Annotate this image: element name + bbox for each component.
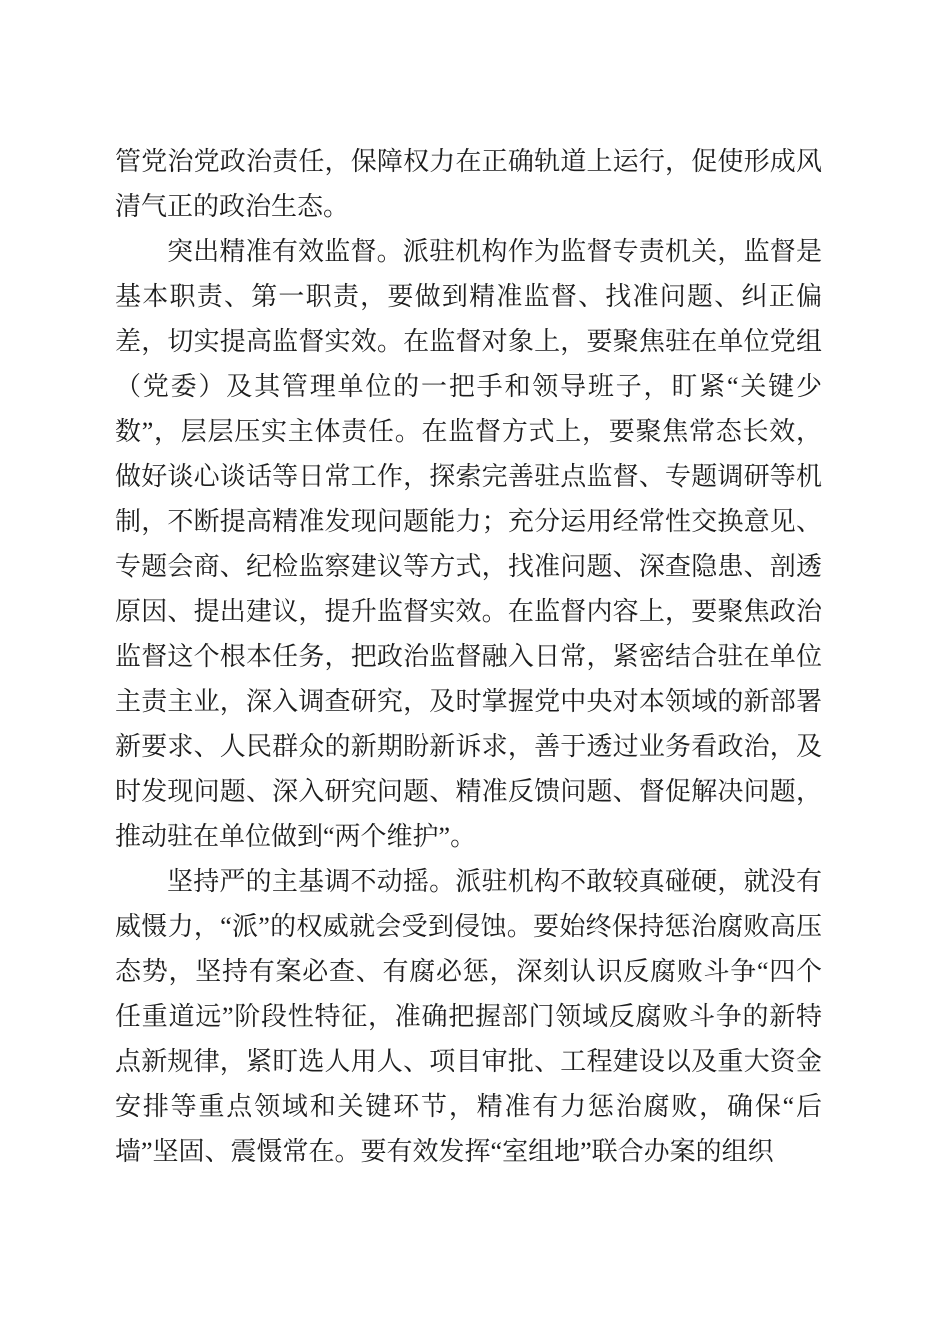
paragraph-strict-tone: 坚持严的主基调不动摇。派驻机构不敢较真碰硬，就没有威慑力，“派”的权威就会受到侵… [115,859,822,1174]
document-page: 管党治党政治责任，保障权力在正确轨道上运行，促使形成风清气正的政治生态。 突出精… [0,0,950,1344]
document-text-block: 管党治党政治责任，保障权力在正确轨道上运行，促使形成风清气正的政治生态。 突出精… [115,139,822,1174]
paragraph-continuation: 管党治党政治责任，保障权力在正确轨道上运行，促使形成风清气正的政治生态。 [115,139,822,229]
paragraph-precise-supervision: 突出精准有效监督。派驻机构作为监督专责机关，监督是基本职责、第一职责，要做到精准… [115,229,822,859]
